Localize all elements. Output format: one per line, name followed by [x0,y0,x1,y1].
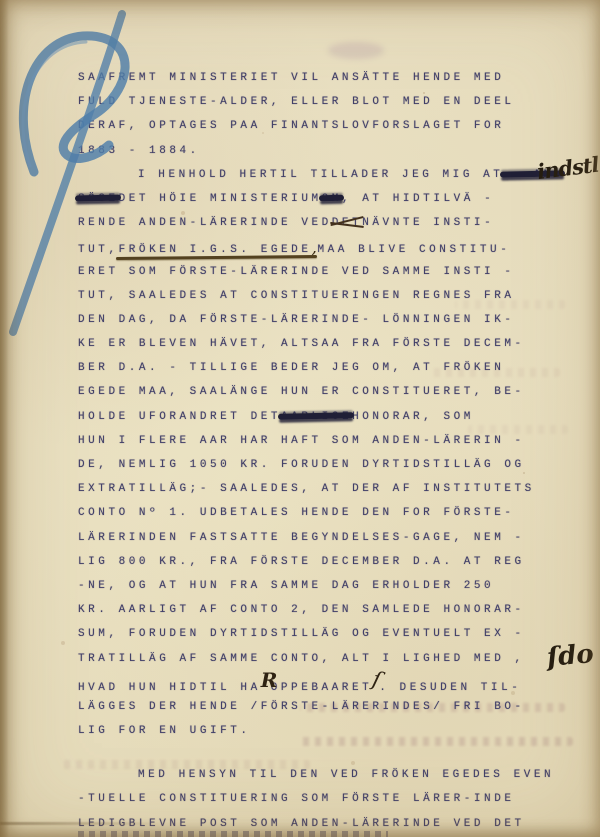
paragraph: I HENHOLD HERTIL TILLADER JEG MIG AT AN-… [78,163,564,744]
typed-text: TRATILLÄG AF SAMME CONTO, ALT I LIGHED M… [78,647,525,671]
typed-line: 1883 - 1884. [78,139,564,163]
typed-text: LIG FOR EN UGIFT. [78,719,251,743]
typed-text: , AT HIDTILVÄ - [342,187,494,211]
typewritten-text-block: SAAFREMT MINISTERIET VIL ANSÄTTE HENDE M… [78,66,564,836]
typed-text: I HENHOLD HERTIL TILLADER JEG MIG AT [108,163,503,187]
typed-line: CONTO Nº 1. UDBETALES HENDE DEN FOR FÖRS… [78,501,564,525]
typed-line: KR. AARLIGT AF CONTO 2, DEN SAMLEDE HONO… [78,598,564,622]
typed-text: EXTRATILLÄG;- SAALEDES, AT DER AF INSTIT… [78,477,535,501]
typed-text: HOLDE UFORANDRET DET [78,405,281,429]
paragraph: SAAFREMT MINISTERIET VIL ANSÄTTE HENDE M… [78,66,564,163]
ink-smudge [328,42,384,59]
typed-text: LÄGGES DER HENDE /FÖRSTE-LÄRERINDES/ FRI… [78,695,525,719]
typed-line: LÄRERINDEN FASTSATTE BEGYNDELSES-GAGE, N… [78,526,564,550]
typed-line: MED HENSYN TIL DEN VED FRÖKEN EGEDES EVE… [78,763,564,787]
typed-text: DET HÖIE MINISTERIUM [119,187,322,211]
typed-text: KE ER BLEVEN HÄVET, ALTSAA FRA FÖRSTE DE… [78,332,525,356]
typed-line: FULD TJENESTE-ALDER, ELLER BLOT MED EN D… [78,90,564,114]
margin-note-do: ſdo [546,639,595,673]
typed-line: DEN DAG, DA FÖRSTE-LÄRERINDE- LÖNNINGEN … [78,308,564,332]
typed-line: -NE, OG AT HUN FRA SAMME DAG ERHOLDER 25… [78,574,564,598]
pen-struck-word: DET [332,211,362,235]
typed-text: -TUELLE CONSTITUERING SOM FÖRSTE LÄRER-I… [78,787,515,811]
clipped-bottom-line [78,831,388,837]
typed-text: DE, NEMLIG 1050 KR. FORUDEN DYRTIDSTILLÄ… [78,453,525,477]
paper-crease [0,822,160,825]
typed-text: MED HENSYN TIL DEN VED FRÖKEN EGEDES EVE… [108,763,554,787]
typed-line: LIG FOR EN UGIFT. [78,719,564,743]
typed-line: HUN I FLERE AAR HAR HAFT SOM ANDEN-LÄRER… [78,429,564,453]
typed-line: SAAFREMT MINISTERIET VIL ANSÄTTE HENDE M… [78,66,564,90]
typed-text: SAAFREMT MINISTERIET VIL ANSÄTTE HENDE M… [78,66,504,90]
typed-line: SÖGE DET HÖIE MINISTERIUM OM, AT HIDTILV… [78,187,564,211]
scanned-letter-page: { "annotations": { "page_number_mark": "… [0,0,600,837]
struck-word: SÖGE [78,187,119,211]
typed-text: FULD TJENESTE-ALDER, ELLER BLOT MED EN D… [78,90,515,114]
typed-line: DE, NEMLIG 1050 KR. FORUDEN DYRTIDSTILLÄ… [78,453,564,477]
struck-word: AARLIGE [281,405,352,429]
typed-text: HONORAR, SOM [352,405,474,429]
typed-text: ERET SOM FÖRSTE-LÄRERINDE VED SAMME INST… [78,260,515,284]
typed-line: TUT, SAALEDES AT CONSTITUERINGEN REGNES … [78,284,564,308]
typed-line: LÄGGES DER HENDE /FÖRSTE-LÄRERINDES/ FRI… [78,695,564,719]
typed-text: DEN DAG, DA FÖRSTE-LÄRERINDE- LÖNNINGEN … [78,308,515,332]
typed-line: LIG 800 KR., FRA FÖRSTE DECEMBER D.A. AT… [78,550,564,574]
typed-text: CONTO Nº 1. UDBETALES HENDE DEN FOR FÖRS… [78,501,515,525]
typed-line: BER D.A. - TILLIGE BEDER JEG OM, AT FRÖK… [78,356,564,380]
typed-line: HOLDE UFORANDRET DET AARLIGE HONORAR, SO… [78,405,564,429]
typed-line: DERAF, OPTAGES PAA FINANTSLOVFORSLAGET F… [78,114,564,138]
typed-text: LIG 800 KR., FRA FÖRSTE DECEMBER D.A. AT… [78,550,525,574]
typed-text: EGEDE MAA, SAALÄNGE HUN ER CONSTITUERET,… [78,380,525,404]
pen-comma-mark: , [311,236,317,260]
typed-line: EXTRATILLÄG;- SAALEDES, AT DER AF INSTIT… [78,477,564,501]
typed-line: -TUELLE CONSTITUERING SOM FÖRSTE LÄRER-I… [78,787,564,811]
typed-text: TUT, SAALEDES AT CONSTITUERINGEN REGNES … [78,284,515,308]
typed-line: RENDE ANDEN-LÄRERINDE VED DET NÄVNTE INS… [78,211,564,235]
typed-text: HUN I FLERE AAR HAR HAFT SOM ANDEN-LÄRER… [78,429,525,453]
typed-line: I HENHOLD HERTIL TILLADER JEG MIG AT AN- [78,163,564,187]
typed-line: TUT, FRÖKEN I.G.S. EGEDE,MAA BLIVE CONST… [78,235,564,259]
typed-line: SUM, FORUDEN DYRTIDSTILLÄG OG EVENTUELT … [78,622,564,646]
handwritten-letter-r: R [261,668,271,692]
typed-line: ERET SOM FÖRSTE-LÄRERINDE VED SAMME INST… [78,260,564,284]
typed-text: BER D.A. - TILLIGE BEDER JEG OM, AT FRÖK… [78,356,504,380]
typed-line: EGEDE MAA, SAALÄNGE HUN ER CONSTITUERET,… [78,380,564,404]
typed-text: 1883 - 1884. [78,139,200,163]
typed-text: RENDE ANDEN-LÄRERINDE VED [78,211,332,235]
struck-word: OM [322,187,342,211]
typed-text: SUM, FORUDEN DYRTIDSTILLÄG OG EVENTUELT … [78,622,525,646]
typed-text: LÄRERINDEN FASTSATTE BEGYNDELSES-GAGE, N… [78,526,525,550]
foxing-specks [0,0,2,2]
typed-line: KE ER BLEVEN HÄVET, ALTSAA FRA FÖRSTE DE… [78,332,564,356]
pen-underlined-name: FRÖKEN I.G.S. EGEDE [119,238,312,262]
typed-text: DERAF, OPTAGES PAA FINANTSLOVFORSLAGET F… [78,114,504,138]
typed-line: HVAD HUN HIDTIL HAR OPPEBAARETſ. DESUDEN… [78,671,564,695]
typed-text: -NE, OG AT HUN FRA SAMME DAG ERHOLDER 25… [78,574,494,598]
typed-text: KR. AARLIGT AF CONTO 2, DEN SAMLEDE HONO… [78,598,525,622]
typed-line: TRATILLÄG AF SAMME CONTO, ALT I LIGHED M… [78,647,564,671]
typed-text: NÄVNTE INSTI- [362,211,494,235]
